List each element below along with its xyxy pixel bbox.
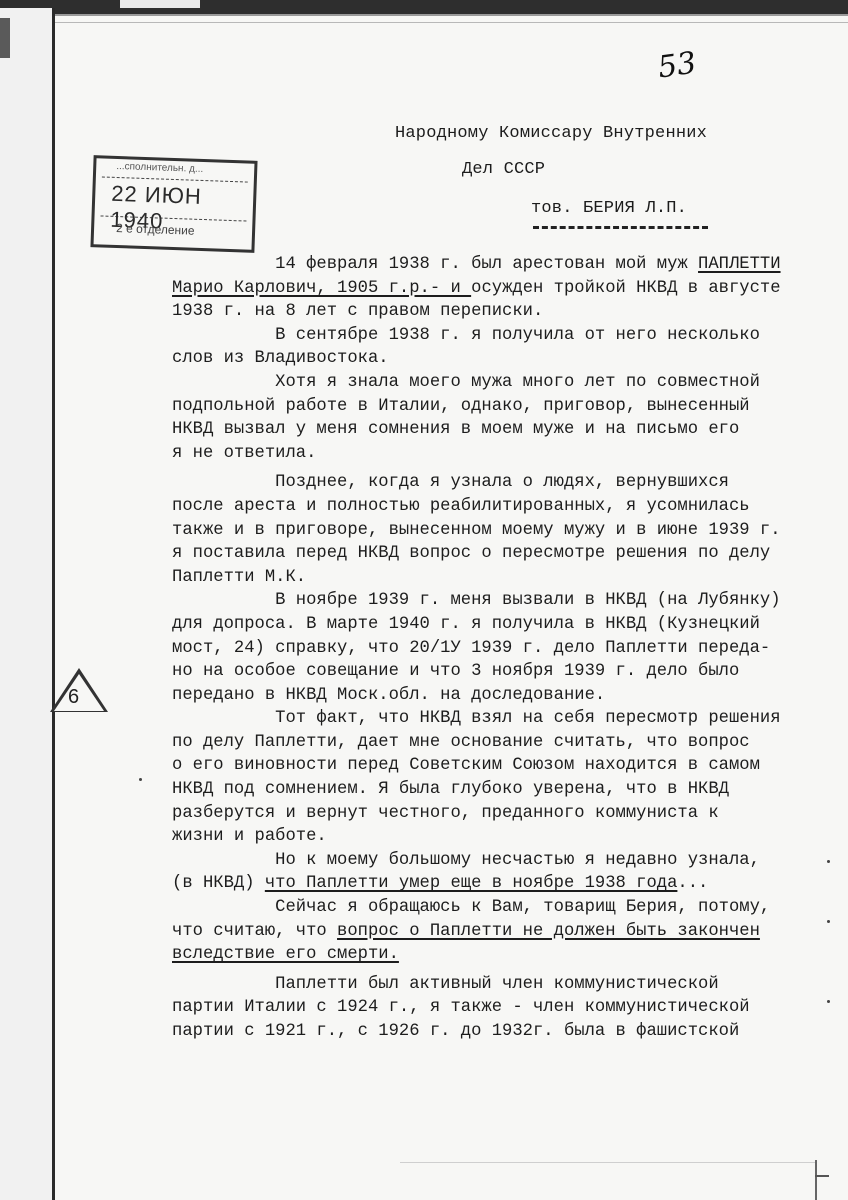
text-line: 14 февраля 1938 г. был арестован мой муж… — [172, 253, 848, 277]
text-run: Паплетти был активный член коммунистичес… — [172, 975, 719, 994]
text-line: партии с 1921 г., с 1926 г. до 1932г. бы… — [172, 1020, 848, 1044]
text-line: партии Италии с 1924 г., я также - член … — [172, 996, 848, 1020]
text-line: передано в НКВД Моск.обл. на доследовани… — [172, 684, 848, 708]
text-line: Сейчас я обращаюсь к Вам, товарищ Берия,… — [172, 896, 848, 920]
text-line: после ареста и полностью реабилитированн… — [172, 495, 848, 519]
stamp-header: ...сполнительн. д... — [116, 161, 203, 175]
underlined-text: вопрос о Паплетти не должен быть законче… — [337, 922, 760, 941]
text-run: жизни и работе. — [172, 827, 327, 846]
text-run: но на особое совещание и что 3 ноября 19… — [172, 662, 739, 681]
folder-tab — [120, 0, 200, 8]
text-run: после ареста и полностью реабилитированн… — [172, 497, 750, 516]
text-line: о его виновности перед Советским Союзом … — [172, 754, 848, 778]
text-line: я не ответила. — [172, 442, 848, 466]
text-line: подпольной работе в Италии, однако, приг… — [172, 395, 848, 419]
binding-shadow — [0, 18, 10, 58]
addressee-line-2: Дел СССР — [462, 160, 545, 179]
addressee-line-3: тов. БЕРИЯ Л.П. — [531, 199, 687, 218]
underlined-text: вследствие его смерти. — [172, 945, 399, 964]
text-run: для допроса. В марте 1940 г. я получила … — [172, 615, 760, 634]
text-run: Сейчас я обращаюсь к Вам, товарищ Берия,… — [172, 898, 770, 917]
underlined-text: Марио Карлович, 1905 г.р.- и — [172, 279, 471, 298]
text-run: мост, 24) справку, что 20/1У 1939 г. дел… — [172, 639, 770, 658]
text-run: Тот факт, что НКВД взял на себя пересмот… — [172, 709, 781, 728]
triangle-mark-number: 6 — [68, 686, 79, 709]
text-run: также и в приговоре, вынесенном моему му… — [172, 521, 781, 540]
text-line: по делу Паплетти, дает мне основание счи… — [172, 731, 848, 755]
text-line: (в НКВД) что Паплетти умер еще в ноябре … — [172, 872, 848, 896]
text-run: разберутся и вернут честного, преданного… — [172, 804, 719, 823]
scanner-top-edge — [0, 0, 848, 14]
text-run: партии Италии с 1924 г., я также - член … — [172, 998, 750, 1017]
stamp-department: 2 е отделение — [116, 221, 195, 238]
text-run: по делу Паплетти, дает мне основание счи… — [172, 733, 750, 752]
text-run: Но к моему большому несчастью я недавно … — [172, 851, 760, 870]
text-run: о его виновности перед Советским Союзом … — [172, 756, 760, 775]
underlined-text: ПАПЛЕТТИ — [698, 255, 781, 274]
text-line: Паплетти М.К. — [172, 566, 848, 590]
text-line: мост, 24) справку, что 20/1У 1939 г. дел… — [172, 637, 848, 661]
text-line: Тот факт, что НКВД взял на себя пересмот… — [172, 707, 848, 731]
corner-mark — [815, 1160, 817, 1200]
text-run: осужден тройкой НКВД в августе — [471, 279, 780, 298]
text-run: слов из Владивостока. — [172, 349, 389, 368]
text-line: 1938 г. на 8 лет с правом переписки. — [172, 300, 848, 324]
text-line: вследствие его смерти. — [172, 943, 848, 967]
text-line: что считаю, что вопрос о Паплетти не дол… — [172, 920, 848, 944]
text-line: я поставила перед НКВД вопрос о пересмот… — [172, 542, 848, 566]
handwritten-page-number: 53 — [656, 46, 699, 86]
underlined-text: что Паплетти умер еще в ноябре 1938 года — [265, 874, 678, 893]
addressee-line-1: Народному Комиссару Внутренних — [395, 124, 707, 143]
text-run: ... — [677, 874, 708, 893]
text-run: Паплетти М.К. — [172, 568, 306, 587]
text-line: Хотя я знала моего мужа много лет по сов… — [172, 371, 848, 395]
text-line: Но к моему большому несчастью я недавно … — [172, 849, 848, 873]
text-line: В сентябре 1938 г. я получила от него не… — [172, 324, 848, 348]
text-run: НКВД вызвал у меня сомнения в моем муже … — [172, 420, 739, 439]
text-line: жизни и работе. — [172, 825, 848, 849]
text-run: подпольной работе в Италии, однако, приг… — [172, 397, 750, 416]
corner-mark-tick — [815, 1175, 829, 1177]
text-run: я поставила перед НКВД вопрос о пересмот… — [172, 544, 770, 563]
letter-body: 14 февраля 1938 г. был арестован мой муж… — [172, 253, 848, 1044]
text-line: В ноябре 1939 г. меня вызвали в НКВД (на… — [172, 589, 848, 613]
received-stamp: ...сполнительн. д... 22 ИЮН 1940 2 е отд… — [90, 155, 257, 253]
text-run: передано в НКВД Моск.обл. на доследовани… — [172, 686, 605, 705]
margin-dot — [827, 1000, 830, 1003]
text-run: 1938 г. на 8 лет с правом переписки. — [172, 302, 543, 321]
text-line: разберутся и вернут честного, преданного… — [172, 802, 848, 826]
text-run: (в НКВД) — [172, 874, 265, 893]
text-line: для допроса. В марте 1940 г. я получила … — [172, 613, 848, 637]
text-run: НКВД под сомнением. Я была глубоко увере… — [172, 780, 729, 799]
text-line: но на особое совещание и что 3 ноября 19… — [172, 660, 848, 684]
margin-dot — [827, 920, 830, 923]
margin-dot — [827, 860, 830, 863]
text-line: НКВД вызвал у меня сомнения в моем муже … — [172, 418, 848, 442]
fold-line — [400, 1162, 815, 1163]
text-run: В ноябре 1939 г. меня вызвали в НКВД (на… — [172, 591, 781, 610]
text-line: НКВД под сомнением. Я была глубоко увере… — [172, 778, 848, 802]
text-line: Позднее, когда я узнала о людях, вернувш… — [172, 471, 848, 495]
text-run: что считаю, что — [172, 922, 337, 941]
text-line: Паплетти был активный член коммунистичес… — [172, 973, 848, 997]
text-run: я не ответила. — [172, 444, 316, 463]
text-run: партии с 1921 г., с 1926 г. до 1932г. бы… — [172, 1022, 739, 1041]
text-line: также и в приговоре, вынесенном моему му… — [172, 519, 848, 543]
addressee-underline — [533, 226, 708, 229]
text-run: В сентябре 1938 г. я получила от него не… — [172, 326, 760, 345]
text-line: Марио Карлович, 1905 г.р.- и осужден тро… — [172, 277, 848, 301]
margin-dot — [139, 778, 142, 781]
text-run: Позднее, когда я узнала о людях, вернувш… — [172, 473, 729, 492]
text-run: Хотя я знала моего мужа много лет по сов… — [172, 373, 760, 392]
previous-page-edge — [0, 8, 55, 1200]
text-line: слов из Владивостока. — [172, 347, 848, 371]
text-run: 14 февраля 1938 г. был арестован мой муж — [172, 255, 698, 274]
